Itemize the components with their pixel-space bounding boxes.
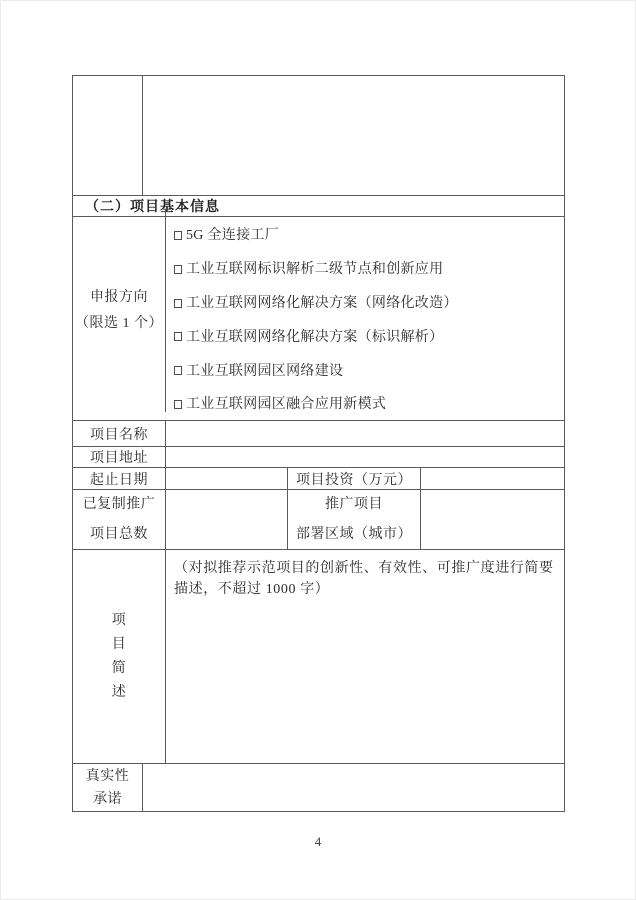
authenticity-input-cell[interactable] (143, 764, 564, 811)
project-name-label: 项目名称 (73, 421, 166, 446)
replicated-total-input-cell[interactable] (166, 490, 288, 549)
direction-option-label: 工业互联网网络化解决方案（标识解析） (186, 326, 443, 346)
checkbox-icon[interactable] (174, 366, 182, 375)
direction-option-park-network[interactable]: 工业互联网园区网络建设 (174, 353, 564, 387)
deploy-region-input-cell[interactable] (421, 490, 564, 549)
project-name-row: 项目名称 (73, 421, 564, 447)
direction-option-5g-factory[interactable]: 5G 全连接工厂 (174, 217, 564, 251)
checkbox-icon[interactable] (174, 400, 182, 409)
project-info-table: （二）项目基本信息 申报方向 （限选 1 个） 5G 全连接工厂 工业互联网标识… (72, 75, 565, 812)
authenticity-label-line1: 真实性 (86, 765, 130, 788)
replicated-total-label: 已复制推广 项目总数 (73, 490, 166, 549)
direction-option-label: 工业互联网标识解析二级节点和创新应用 (186, 258, 443, 278)
direction-label-line1: 申报方向 (90, 285, 148, 311)
summary-row: 项 目 简 述 （对拟推荐示范项目的创新性、有效性、可推广度进行简要描述，不超过… (73, 550, 564, 764)
summary-hint-text: （对拟推荐示范项目的创新性、有效性、可推广度进行简要描述，不超过 1000 字） (174, 558, 556, 600)
authenticity-label-line2: 承诺 (93, 788, 122, 811)
project-address-input-cell[interactable] (166, 447, 564, 467)
direction-option-network-solution-upgrade[interactable]: 工业互联网网络化解决方案（网络化改造） (174, 285, 564, 319)
summary-label: 项 目 简 述 (73, 550, 166, 763)
checkbox-icon[interactable] (174, 265, 182, 274)
checkbox-icon[interactable] (174, 332, 182, 341)
summary-label-char: 项 (112, 609, 127, 633)
previous-section-row (73, 76, 564, 196)
date-investment-row: 起止日期 项目投资（万元） (73, 468, 564, 490)
project-address-row: 项目地址 (73, 447, 564, 468)
previous-section-content-cell (143, 76, 564, 195)
replication-row: 已复制推广 项目总数 推广项目 部署区域（城市） (73, 490, 564, 550)
direction-option-label: 5G 全连接工厂 (186, 224, 279, 244)
investment-input-cell[interactable] (421, 468, 564, 489)
direction-option-label: 工业互联网园区融合应用新模式 (186, 393, 386, 413)
direction-option-label: 工业互联网网络化解决方案（网络化改造） (186, 292, 458, 312)
checkbox-icon[interactable] (174, 299, 182, 308)
direction-option-network-solution-identifier[interactable]: 工业互联网网络化解决方案（标识解析） (174, 319, 564, 353)
replicated-total-label-line1: 已复制推广 (83, 490, 156, 520)
project-address-label: 项目地址 (73, 447, 166, 467)
previous-section-label-cell (73, 76, 143, 195)
summary-input-cell[interactable]: （对拟推荐示范项目的创新性、有效性、可推广度进行简要描述，不超过 1000 字） (166, 550, 564, 763)
project-name-input-cell[interactable] (166, 421, 564, 446)
date-range-input-cell[interactable] (166, 468, 288, 489)
direction-option-identifier-node[interactable]: 工业互联网标识解析二级节点和创新应用 (174, 251, 564, 285)
direction-label-line2: （限选 1 个） (75, 311, 163, 337)
direction-label: 申报方向 （限选 1 个） (73, 209, 166, 412)
replicated-total-label-line2: 项目总数 (90, 520, 148, 550)
date-range-label: 起止日期 (73, 468, 166, 489)
summary-label-char: 目 (112, 633, 127, 657)
document-page: （二）项目基本信息 申报方向 （限选 1 个） 5G 全连接工厂 工业互联网标识… (0, 0, 636, 900)
authenticity-row: 真实性 承诺 (73, 764, 564, 811)
deploy-region-label: 推广项目 部署区域（城市） (288, 490, 421, 549)
direction-option-park-fusion-app[interactable]: 工业互联网园区融合应用新模式 (174, 387, 564, 421)
deploy-region-label-line2: 部署区域（城市） (296, 520, 412, 550)
direction-options-cell: 5G 全连接工厂 工业互联网标识解析二级节点和创新应用 工业互联网网络化解决方案… (166, 217, 564, 420)
page-number: 4 (0, 834, 636, 850)
checkbox-icon[interactable] (174, 231, 182, 240)
deploy-region-label-line1: 推广项目 (325, 490, 383, 520)
direction-row: 申报方向 （限选 1 个） 5G 全连接工厂 工业互联网标识解析二级节点和创新应… (73, 217, 564, 421)
direction-option-label: 工业互联网园区网络建设 (186, 360, 343, 380)
investment-label: 项目投资（万元） (288, 468, 421, 489)
summary-label-char: 简 (112, 657, 127, 681)
authenticity-label: 真实性 承诺 (73, 764, 143, 811)
summary-label-char: 述 (112, 681, 127, 705)
